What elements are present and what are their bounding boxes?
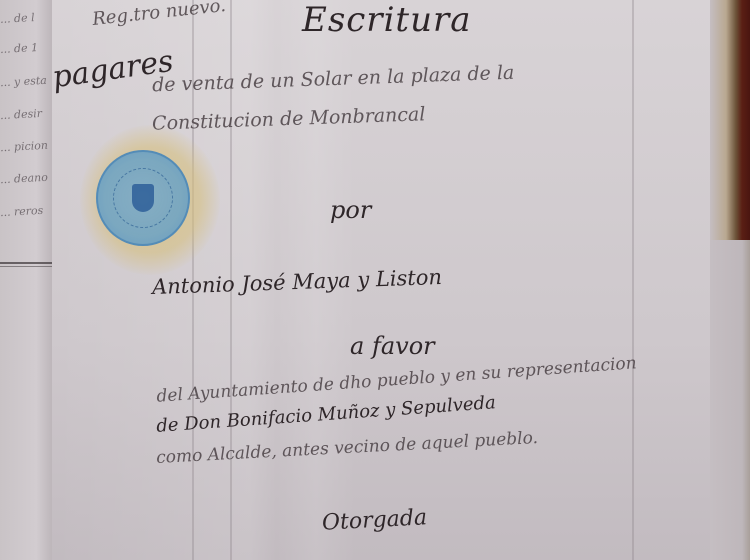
document-photo: ... de l ... de 1 ... y esta ... desir .… [0, 0, 750, 560]
left-page-rule [0, 262, 52, 264]
favor-label: a favor [350, 332, 435, 360]
left-page-fragment: ... deano [0, 171, 48, 186]
seal-stamp [96, 150, 190, 246]
page-edge [710, 240, 750, 560]
left-page-fragment: ... desir [0, 107, 42, 122]
left-page-fragment: ... de 1 [0, 41, 38, 56]
left-page-fragment: ... reros [0, 204, 44, 219]
left-page-fragment: ... picion [0, 139, 48, 154]
left-page-fragment: ... de l [0, 11, 35, 26]
coat-of-arms-icon [132, 184, 154, 212]
left-page-rule [0, 266, 52, 267]
document-title: Escritura [302, 0, 472, 40]
left-page-fragment: ... y esta [0, 74, 47, 89]
seal-ring [113, 168, 173, 228]
previous-page-edge: ... de l ... de 1 ... y esta ... desir .… [0, 0, 53, 560]
page-fold [632, 0, 634, 560]
by-label: por [330, 196, 371, 224]
